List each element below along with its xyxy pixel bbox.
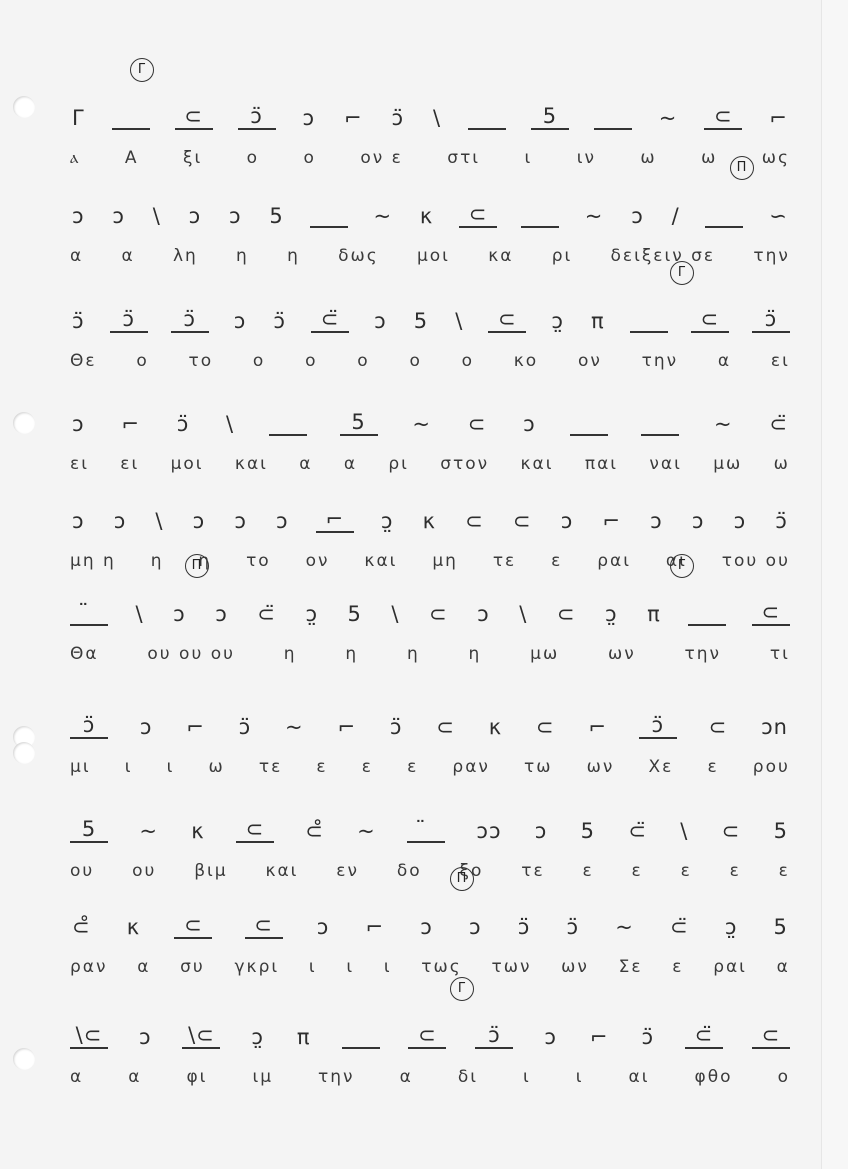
neume-symbol: ↄn xyxy=(759,715,790,739)
neume-symbol xyxy=(521,226,559,228)
martyria-sign-icon: Γ xyxy=(670,261,694,285)
lyric-syllable: η xyxy=(407,644,420,664)
lyric-syllable: μη η xyxy=(70,551,116,571)
lyric-syllable: δειξειν σε xyxy=(610,246,715,266)
lyric-syllable: ρι xyxy=(552,246,573,266)
lyric-syllable: α xyxy=(70,1067,83,1087)
neume-symbol: \⊂ xyxy=(182,1023,220,1049)
neume-symbol: ↄ̈ xyxy=(237,715,254,739)
lyric-syllable: ον xyxy=(578,351,602,371)
neume-symbol: \ xyxy=(678,819,690,843)
neume-symbol: ⌐ xyxy=(586,715,609,739)
lyric-syllable: ω xyxy=(208,757,224,777)
lyric-syllable: δο xyxy=(397,861,422,881)
neume-symbol: ↄ xyxy=(559,509,576,533)
neume-row: \⊂ↄ\⊂ↄ̤π⊂ↄ̈ↄ⌐ↄ̈⊂̈⊂Γ xyxy=(70,1003,790,1049)
lyric-syllable: μω xyxy=(713,454,742,474)
neume-symbol: ∽ xyxy=(767,204,790,228)
lyric-syllable: ⲁ xyxy=(70,148,80,168)
neume-symbol: ↄ xyxy=(542,1025,559,1049)
lyric-syllable: ιμ xyxy=(252,1067,273,1087)
neume-symbol: ↄ̈ xyxy=(475,1023,513,1049)
lyric-syllable: ο xyxy=(462,351,474,371)
punch-hole xyxy=(13,1048,35,1070)
lyric-syllable: τι xyxy=(770,644,790,664)
neume-symbol: ↄ̤ xyxy=(379,509,396,533)
neume-symbol: 5 xyxy=(772,819,790,843)
neume-symbol: ⊂ xyxy=(720,819,743,843)
chant-line: ↄ̈ↄ̈ↄ̈ↄↄ̈⊂̈ↄ5\⊂ↄ̤π⊂ↄ̈ΓΘεοτοοοοοοκοοντηνα… xyxy=(70,287,790,371)
lyric-row: μιιιωτεεεεραντωωνΧεερου xyxy=(70,757,790,777)
neume-symbol: κ xyxy=(189,819,206,843)
neume-symbol: ↄ̈ xyxy=(388,715,405,739)
neume-symbol: ~ xyxy=(283,715,306,739)
lyric-syllable: γκρι xyxy=(235,957,280,977)
lyric-syllable: συ xyxy=(180,957,205,977)
neume-symbol: ⊂ xyxy=(704,104,742,130)
neume-symbol: ~ xyxy=(583,204,606,228)
lyric-syllable: βιμ xyxy=(194,861,227,881)
neume-symbol: ↄ̈ xyxy=(70,309,87,333)
lyric-syllable: στι xyxy=(447,148,480,168)
neume-symbol: 5 xyxy=(579,819,597,843)
chant-line: ̈\ↄↄ⊂̈ↄ̤5\⊂ↄ\⊂ↄ̤π⊂ΠΓΘαου ου ουηηηημωωντη… xyxy=(70,580,790,664)
lyric-syllable: ξι xyxy=(183,148,202,168)
lyric-syllable: ον xyxy=(306,551,330,571)
neume-symbol: \ xyxy=(431,106,443,130)
neume-symbol: ⊂̈ xyxy=(255,602,278,626)
lyric-syllable: ο xyxy=(253,351,265,371)
neume-symbol: ↄ̈ xyxy=(773,509,790,533)
neume-symbol xyxy=(705,226,743,228)
lyric-row: Θεοτοοοοοοκοοντηναει xyxy=(70,351,790,371)
lyric-syllable: α xyxy=(777,957,790,977)
lyric-syllable: ι xyxy=(523,1067,531,1087)
neume-symbol: ⊂ xyxy=(174,913,212,939)
neume-symbol xyxy=(641,434,679,436)
neume-symbol: π xyxy=(645,602,663,626)
lyric-syllable: τε xyxy=(259,757,282,777)
neume-symbol: ↄ̈ xyxy=(564,915,581,939)
lyric-syllable: η xyxy=(345,644,358,664)
neume-symbol: 5 xyxy=(70,817,108,843)
neume-symbol: / xyxy=(670,204,682,228)
lyric-syllable: ιν xyxy=(577,148,596,168)
neume-symbol: κ xyxy=(125,915,142,939)
neume-symbol: \ xyxy=(153,509,165,533)
lyric-syllable: ο xyxy=(357,351,369,371)
neume-symbol: Γ xyxy=(70,106,87,130)
lyric-syllable: η xyxy=(469,644,482,664)
lyric-syllable: ον ε xyxy=(360,148,403,168)
neume-symbol: ↄ̈ xyxy=(175,412,192,436)
lyric-syllable: Σε xyxy=(619,957,643,977)
lyric-syllable: κο xyxy=(514,351,538,371)
lyric-syllable: ραι xyxy=(597,551,631,571)
lyric-syllable: ε xyxy=(362,757,373,777)
neume-symbol: ⊂ xyxy=(434,715,457,739)
lyric-syllable: του ου xyxy=(722,551,790,571)
lyric-row: ρανασυγκριιιιτωςτωνωνΣεεραια xyxy=(70,957,790,977)
lyric-syllable: ο xyxy=(304,148,316,168)
lyric-syllable: ως xyxy=(762,148,790,168)
lyric-syllable: η xyxy=(151,551,164,571)
lyric-syllable: τε xyxy=(493,551,516,571)
neume-symbol: ⊂ xyxy=(691,307,729,333)
lyric-syllable: και xyxy=(235,454,268,474)
neume-symbol: ⊂ xyxy=(488,307,526,333)
neume-symbol: ↄ̈ xyxy=(752,307,790,333)
lyric-syllable: ο xyxy=(247,148,259,168)
neume-symbol: ↄ xyxy=(171,602,188,626)
lyric-syllable: α xyxy=(344,454,357,474)
lyric-syllable: ε xyxy=(707,757,718,777)
chant-line: ↄↄ\ↄↄ5~κ⊂~ↄ/∽Πααληηηδωςμοικαριδειξειν σε… xyxy=(70,182,790,266)
neume-symbol: \ xyxy=(151,204,163,228)
neume-symbol: ↄ̈ xyxy=(516,915,533,939)
lyric-syllable: την xyxy=(642,351,679,371)
neume-symbol: \ xyxy=(453,309,465,333)
lyric-syllable: ε xyxy=(730,861,741,881)
lyric-syllable: α xyxy=(400,1067,413,1087)
lyric-syllable: ι xyxy=(167,757,175,777)
neume-row: ↄ⌐ↄ̈\5~⊂ↄ~⊂̈ xyxy=(70,390,790,436)
lyric-syllable: αι xyxy=(629,1067,650,1087)
martyria-sign-icon: Γ xyxy=(450,977,474,1001)
martyria-sign-icon: Γ xyxy=(670,554,694,578)
neume-symbol: ⌐ xyxy=(184,715,207,739)
neume-symbol: κ xyxy=(421,509,438,533)
neume-symbol: ↄ xyxy=(232,509,249,533)
neume-symbol: ̈ xyxy=(70,600,108,626)
neume-symbol: ⊂̈ xyxy=(311,307,349,333)
neume-symbol: ⌐ xyxy=(600,509,623,533)
lyric-syllable: ου ου ου xyxy=(147,644,235,664)
lyric-syllable: ε xyxy=(407,757,418,777)
neume-symbol: ~ xyxy=(613,915,636,939)
lyric-syllable: α xyxy=(137,957,150,977)
lyric-syllable: ω xyxy=(640,148,656,168)
lyric-row: ααφιιμτηναδιιιαιφθοο xyxy=(70,1067,790,1087)
martyria-sign-icon: Π xyxy=(450,867,474,891)
neume-symbol: ↄ xyxy=(372,309,389,333)
neume-symbol: ⊂ xyxy=(245,913,283,939)
lyric-syllable: λη xyxy=(173,246,198,266)
neume-row: ↄ̈ↄ⌐ↄ̈~⌐ↄ̈⊂κ⊂⌐ↄ̈⊂ↄn xyxy=(70,693,790,739)
martyria-sign-icon: Π xyxy=(730,156,754,180)
neume-symbol: ⌐ xyxy=(119,412,142,436)
neume-symbol: ⊂ xyxy=(752,600,790,626)
martyria-sign-icon: Γ xyxy=(130,58,154,82)
lyric-syllable: η xyxy=(236,246,249,266)
lyric-row: ειειμοικαιααριστονκαιπαιναιμωω xyxy=(70,454,790,474)
lyric-syllable: ω xyxy=(701,148,717,168)
lyric-syllable: κα xyxy=(488,246,513,266)
lyric-syllable: α xyxy=(299,454,312,474)
neume-symbol: ↄ xyxy=(70,412,87,436)
neume-row: ⊂̊κ⊂⊂ↄ⌐ↄↄↄ̈ↄ̈~⊂̈ↄ̤5Π xyxy=(70,893,790,939)
lyric-syllable: τως xyxy=(421,957,461,977)
lyric-syllable: η xyxy=(284,644,297,664)
neume-symbol: ↄ xyxy=(70,204,87,228)
lyric-syllable: μοι xyxy=(417,246,450,266)
chant-line: 5~κ⊂⊂̊~̈ↄↄↄ5⊂̈\⊂5ουουβιμκαιενδοξοτεεεεεε xyxy=(70,797,790,881)
neume-symbol: ↄ xyxy=(70,509,87,533)
lyric-syllable: ε xyxy=(551,551,562,571)
neume-row: ↄ̈ↄ̈ↄ̈ↄↄ̈⊂̈ↄ5\⊂ↄ̤π⊂ↄ̈Γ xyxy=(70,287,790,333)
lyric-row: ουουβιμκαιενδοξοτεεεεεε xyxy=(70,861,790,881)
neume-symbol: κ xyxy=(487,715,504,739)
lyric-syllable: ε xyxy=(672,957,683,977)
neume-symbol xyxy=(342,1047,380,1049)
neume-symbol: ⌐ xyxy=(342,106,365,130)
neume-symbol: 5 xyxy=(772,915,790,939)
lyric-syllable: ε xyxy=(632,861,643,881)
lyric-syllable: α xyxy=(718,351,731,371)
chant-line: ↄ⌐ↄ̈\5~⊂ↄ~⊂̈ειειμοικαιααριστονκαιπαιναιμ… xyxy=(70,390,790,474)
lyric-syllable: και xyxy=(265,861,298,881)
lyric-syllable: φθο xyxy=(695,1067,733,1087)
lyric-syllable: τε xyxy=(521,861,544,881)
neume-symbol: ⊂̈ xyxy=(668,915,691,939)
neume-row: ↄↄ\ↄↄↄ⌐ↄ̤κ⊂⊂ↄ⌐ↄↄↄↄ̈ xyxy=(70,487,790,533)
lyric-syllable: ο xyxy=(305,351,317,371)
lyric-syllable: Θα xyxy=(70,644,99,664)
lyric-syllable: το xyxy=(246,551,271,571)
neume-symbol: π xyxy=(589,309,607,333)
neume-symbol xyxy=(269,434,307,436)
neume-symbol: 5 xyxy=(531,104,569,130)
neume-symbol: ↄ̈ xyxy=(110,307,148,333)
neume-symbol: ⊂ xyxy=(752,1023,790,1049)
punch-hole xyxy=(13,96,35,118)
neume-symbol xyxy=(570,434,608,436)
neume-symbol: ⊂ xyxy=(463,509,486,533)
lyric-syllable: ει xyxy=(120,454,139,474)
neume-symbol: ↄ̤ xyxy=(249,1025,266,1049)
neume-symbol: ⊂ xyxy=(707,715,730,739)
neume-symbol: 5 xyxy=(412,309,430,333)
punch-hole xyxy=(13,742,35,764)
lyric-syllable: ου xyxy=(70,861,94,881)
neume-symbol: ⌐ xyxy=(767,106,790,130)
neume-symbol: ↄ xyxy=(629,204,646,228)
chant-line: ⊂̊κ⊂⊂ↄ⌐ↄↄↄ̈ↄ̈~⊂̈ↄ̤5Πρανασυγκριιιιτωςτωνω… xyxy=(70,893,790,977)
punch-hole xyxy=(13,412,35,434)
lyric-syllable: ων xyxy=(608,644,636,664)
neume-symbol: ⊂ xyxy=(175,104,213,130)
lyric-syllable: ι xyxy=(576,1067,584,1087)
lyric-syllable: και xyxy=(521,454,554,474)
neume-symbol: ↄ xyxy=(732,509,749,533)
neume-symbol xyxy=(688,624,726,626)
lyric-syllable: ι xyxy=(525,148,533,168)
lyric-syllable: φι xyxy=(186,1067,207,1087)
lyric-syllable: α xyxy=(70,246,83,266)
neume-symbol: ↄ xyxy=(213,602,230,626)
paper-right-edge xyxy=(821,0,848,1169)
neume-symbol: ↄ̈ xyxy=(389,106,406,130)
neume-symbol: ⊂ xyxy=(408,1023,446,1049)
lyric-syllable: ραν xyxy=(70,957,108,977)
lyric-syllable: ι xyxy=(346,957,354,977)
neume-symbol: \ xyxy=(224,412,236,436)
neume-row: ̈\ↄↄ⊂̈ↄ̤5\⊂ↄ\⊂ↄ̤π⊂ΠΓ xyxy=(70,580,790,626)
lyric-syllable: δως xyxy=(338,246,379,266)
lyric-syllable: ρου xyxy=(753,757,790,777)
neume-symbol: ↄ̈ xyxy=(639,713,677,739)
neume-symbol: ↄ xyxy=(110,204,127,228)
neume-symbol: ⊂̈ xyxy=(626,819,649,843)
lyric-syllable: ου xyxy=(132,861,156,881)
lyric-syllable: των xyxy=(491,957,531,977)
neume-symbol: \ xyxy=(134,602,146,626)
neume-symbol xyxy=(630,331,668,333)
neume-symbol: ⊂ xyxy=(511,509,534,533)
lyric-syllable: ρι xyxy=(388,454,409,474)
lyric-syllable: στον xyxy=(440,454,489,474)
lyric-syllable: Α xyxy=(125,148,139,168)
neume-symbol: ↄ̈ xyxy=(271,309,288,333)
neume-symbol: ↄ xyxy=(232,309,249,333)
neume-symbol xyxy=(112,128,150,130)
lyric-syllable: μω xyxy=(530,644,559,664)
neume-symbol: 5 xyxy=(346,602,364,626)
neume-symbol: \⊂ xyxy=(70,1023,108,1049)
lyric-syllable: ε xyxy=(316,757,327,777)
lyric-syllable: ε xyxy=(582,861,593,881)
neume-symbol: ↄ xyxy=(274,509,291,533)
lyric-syllable: ων xyxy=(561,957,589,977)
neume-symbol: ↄ xyxy=(138,715,155,739)
lyric-syllable: την xyxy=(685,644,722,664)
chant-line: \⊂ↄ\⊂ↄ̤π⊂ↄ̈ↄ⌐ↄ̈⊂̈⊂Γααφιιμτηναδιιιαιφθοο xyxy=(70,1003,790,1087)
neume-symbol: ~ xyxy=(371,204,394,228)
neume-symbol: ⊂ xyxy=(427,602,450,626)
lyric-syllable: α xyxy=(128,1067,141,1087)
neume-symbol: ↄ xyxy=(475,602,492,626)
neume-row: ↄↄ\ↄↄ5~κ⊂~ↄ/∽Π xyxy=(70,182,790,228)
lyric-syllable: ο xyxy=(136,351,148,371)
neume-symbol: ⊂ xyxy=(534,715,557,739)
lyric-syllable: α xyxy=(121,246,134,266)
neume-symbol: ̈ xyxy=(407,817,445,843)
neume-symbol: ↄ̈ xyxy=(639,1025,656,1049)
neume-symbol: ↄ xyxy=(315,915,332,939)
neume-symbol: ⌐ xyxy=(363,915,386,939)
lyric-syllable: ραν xyxy=(452,757,490,777)
neume-symbol: ↄ xyxy=(137,1025,154,1049)
neume-symbol: ↄ̤ xyxy=(303,602,320,626)
neume-symbol xyxy=(468,128,506,130)
lyric-syllable: ε xyxy=(681,861,692,881)
lyric-syllable: ναι xyxy=(649,454,681,474)
neume-symbol: ~ xyxy=(410,412,433,436)
lyric-syllable: μι xyxy=(70,757,91,777)
lyric-syllable: ων xyxy=(587,757,615,777)
neume-symbol: ↄ̈ xyxy=(70,713,108,739)
neume-symbol: κ xyxy=(418,204,435,228)
neume-symbol: ⊂̊ xyxy=(303,819,326,843)
lyric-syllable: την xyxy=(318,1067,355,1087)
neume-symbol: ~ xyxy=(137,819,160,843)
lyric-row: Θαου ου ουηηηημωωντηντι xyxy=(70,644,790,664)
neume-row: 5~κ⊂⊂̊~̈ↄↄↄ5⊂̈\⊂5 xyxy=(70,797,790,843)
neume-symbol: ↄ̤ xyxy=(723,915,740,939)
lyric-syllable: ραι xyxy=(713,957,747,977)
neume-symbol: ~ xyxy=(657,106,680,130)
lyric-syllable: εν xyxy=(336,861,359,881)
lyric-syllable: την xyxy=(753,246,790,266)
lyric-syllable: δι xyxy=(458,1067,478,1087)
lyric-row: ⲁΑξιοοον εστιιινωωως xyxy=(70,148,790,168)
neume-symbol: 5 xyxy=(267,204,285,228)
neume-symbol: ↄ̤ xyxy=(549,309,566,333)
lyric-syllable: παι xyxy=(585,454,618,474)
lyric-syllable: μοι xyxy=(171,454,204,474)
lyric-syllable: τω xyxy=(524,757,552,777)
neume-symbol: ↄ xyxy=(187,204,204,228)
neume-symbol: ⌐ xyxy=(335,715,358,739)
lyric-syllable: το xyxy=(189,351,214,371)
neume-symbol: ⊂̈ xyxy=(767,412,790,436)
neume-symbol: ↄ xyxy=(112,509,129,533)
neume-symbol: ↄ̈ xyxy=(171,307,209,333)
lyric-syllable: Χε xyxy=(649,757,674,777)
martyria-sign-icon: Π xyxy=(185,554,209,578)
neume-symbol: ⊂̊ xyxy=(70,915,93,939)
neume-symbol: ↄ xyxy=(227,204,244,228)
neume-symbol: ⊂ xyxy=(466,412,489,436)
lyric-syllable: και xyxy=(364,551,397,571)
lyric-syllable: ει xyxy=(70,454,89,474)
lyric-syllable: ω xyxy=(774,454,790,474)
lyric-syllable: ε xyxy=(779,861,790,881)
chant-line: Γ⊂ↄ̈ↄ⌐ↄ̈\5~⊂⌐ΓⲁΑξιοοον εστιιινωωως xyxy=(70,84,790,168)
neume-symbol: ↄ xyxy=(690,509,707,533)
neume-row: Γ⊂ↄ̈ↄ⌐ↄ̈\5~⊂⌐Γ xyxy=(70,84,790,130)
neume-symbol: 5 xyxy=(340,410,378,436)
lyric-syllable: ο xyxy=(778,1067,790,1087)
lyric-syllable: η xyxy=(287,246,300,266)
neume-symbol: \ xyxy=(389,602,401,626)
neume-symbol: ↄ̈ xyxy=(238,104,276,130)
lyric-syllable: ο xyxy=(409,351,421,371)
neume-symbol xyxy=(310,226,348,228)
neume-symbol: ⌐ xyxy=(316,507,354,533)
neume-symbol: ⌐ xyxy=(588,1025,611,1049)
neume-symbol: ↄ xyxy=(300,106,317,130)
lyric-syllable: ει xyxy=(771,351,790,371)
lyric-syllable: ι xyxy=(384,957,392,977)
neume-symbol: π xyxy=(295,1025,313,1049)
neume-symbol: ↄ xyxy=(533,819,550,843)
neume-symbol: ⊂̈ xyxy=(685,1023,723,1049)
neume-symbol xyxy=(594,128,632,130)
lyric-syllable: ι xyxy=(309,957,317,977)
neume-symbol: ~ xyxy=(712,412,735,436)
lyric-syllable: ι xyxy=(125,757,133,777)
neume-symbol: ↄ xyxy=(191,509,208,533)
neume-symbol: ↄ xyxy=(521,412,538,436)
lyric-syllable: μη xyxy=(432,551,458,571)
neume-symbol: ⊂ xyxy=(236,817,274,843)
neume-symbol: ⊂ xyxy=(555,602,578,626)
neume-symbol: ↄ xyxy=(648,509,665,533)
neume-symbol: ~ xyxy=(355,819,378,843)
chant-line: ↄ̈ↄ⌐ↄ̈~⌐ↄ̈⊂κ⊂⌐ↄ̈⊂ↄnμιιιωτεεεεραντωωνΧεερ… xyxy=(70,693,790,777)
neume-symbol: ↄ̤ xyxy=(603,602,620,626)
